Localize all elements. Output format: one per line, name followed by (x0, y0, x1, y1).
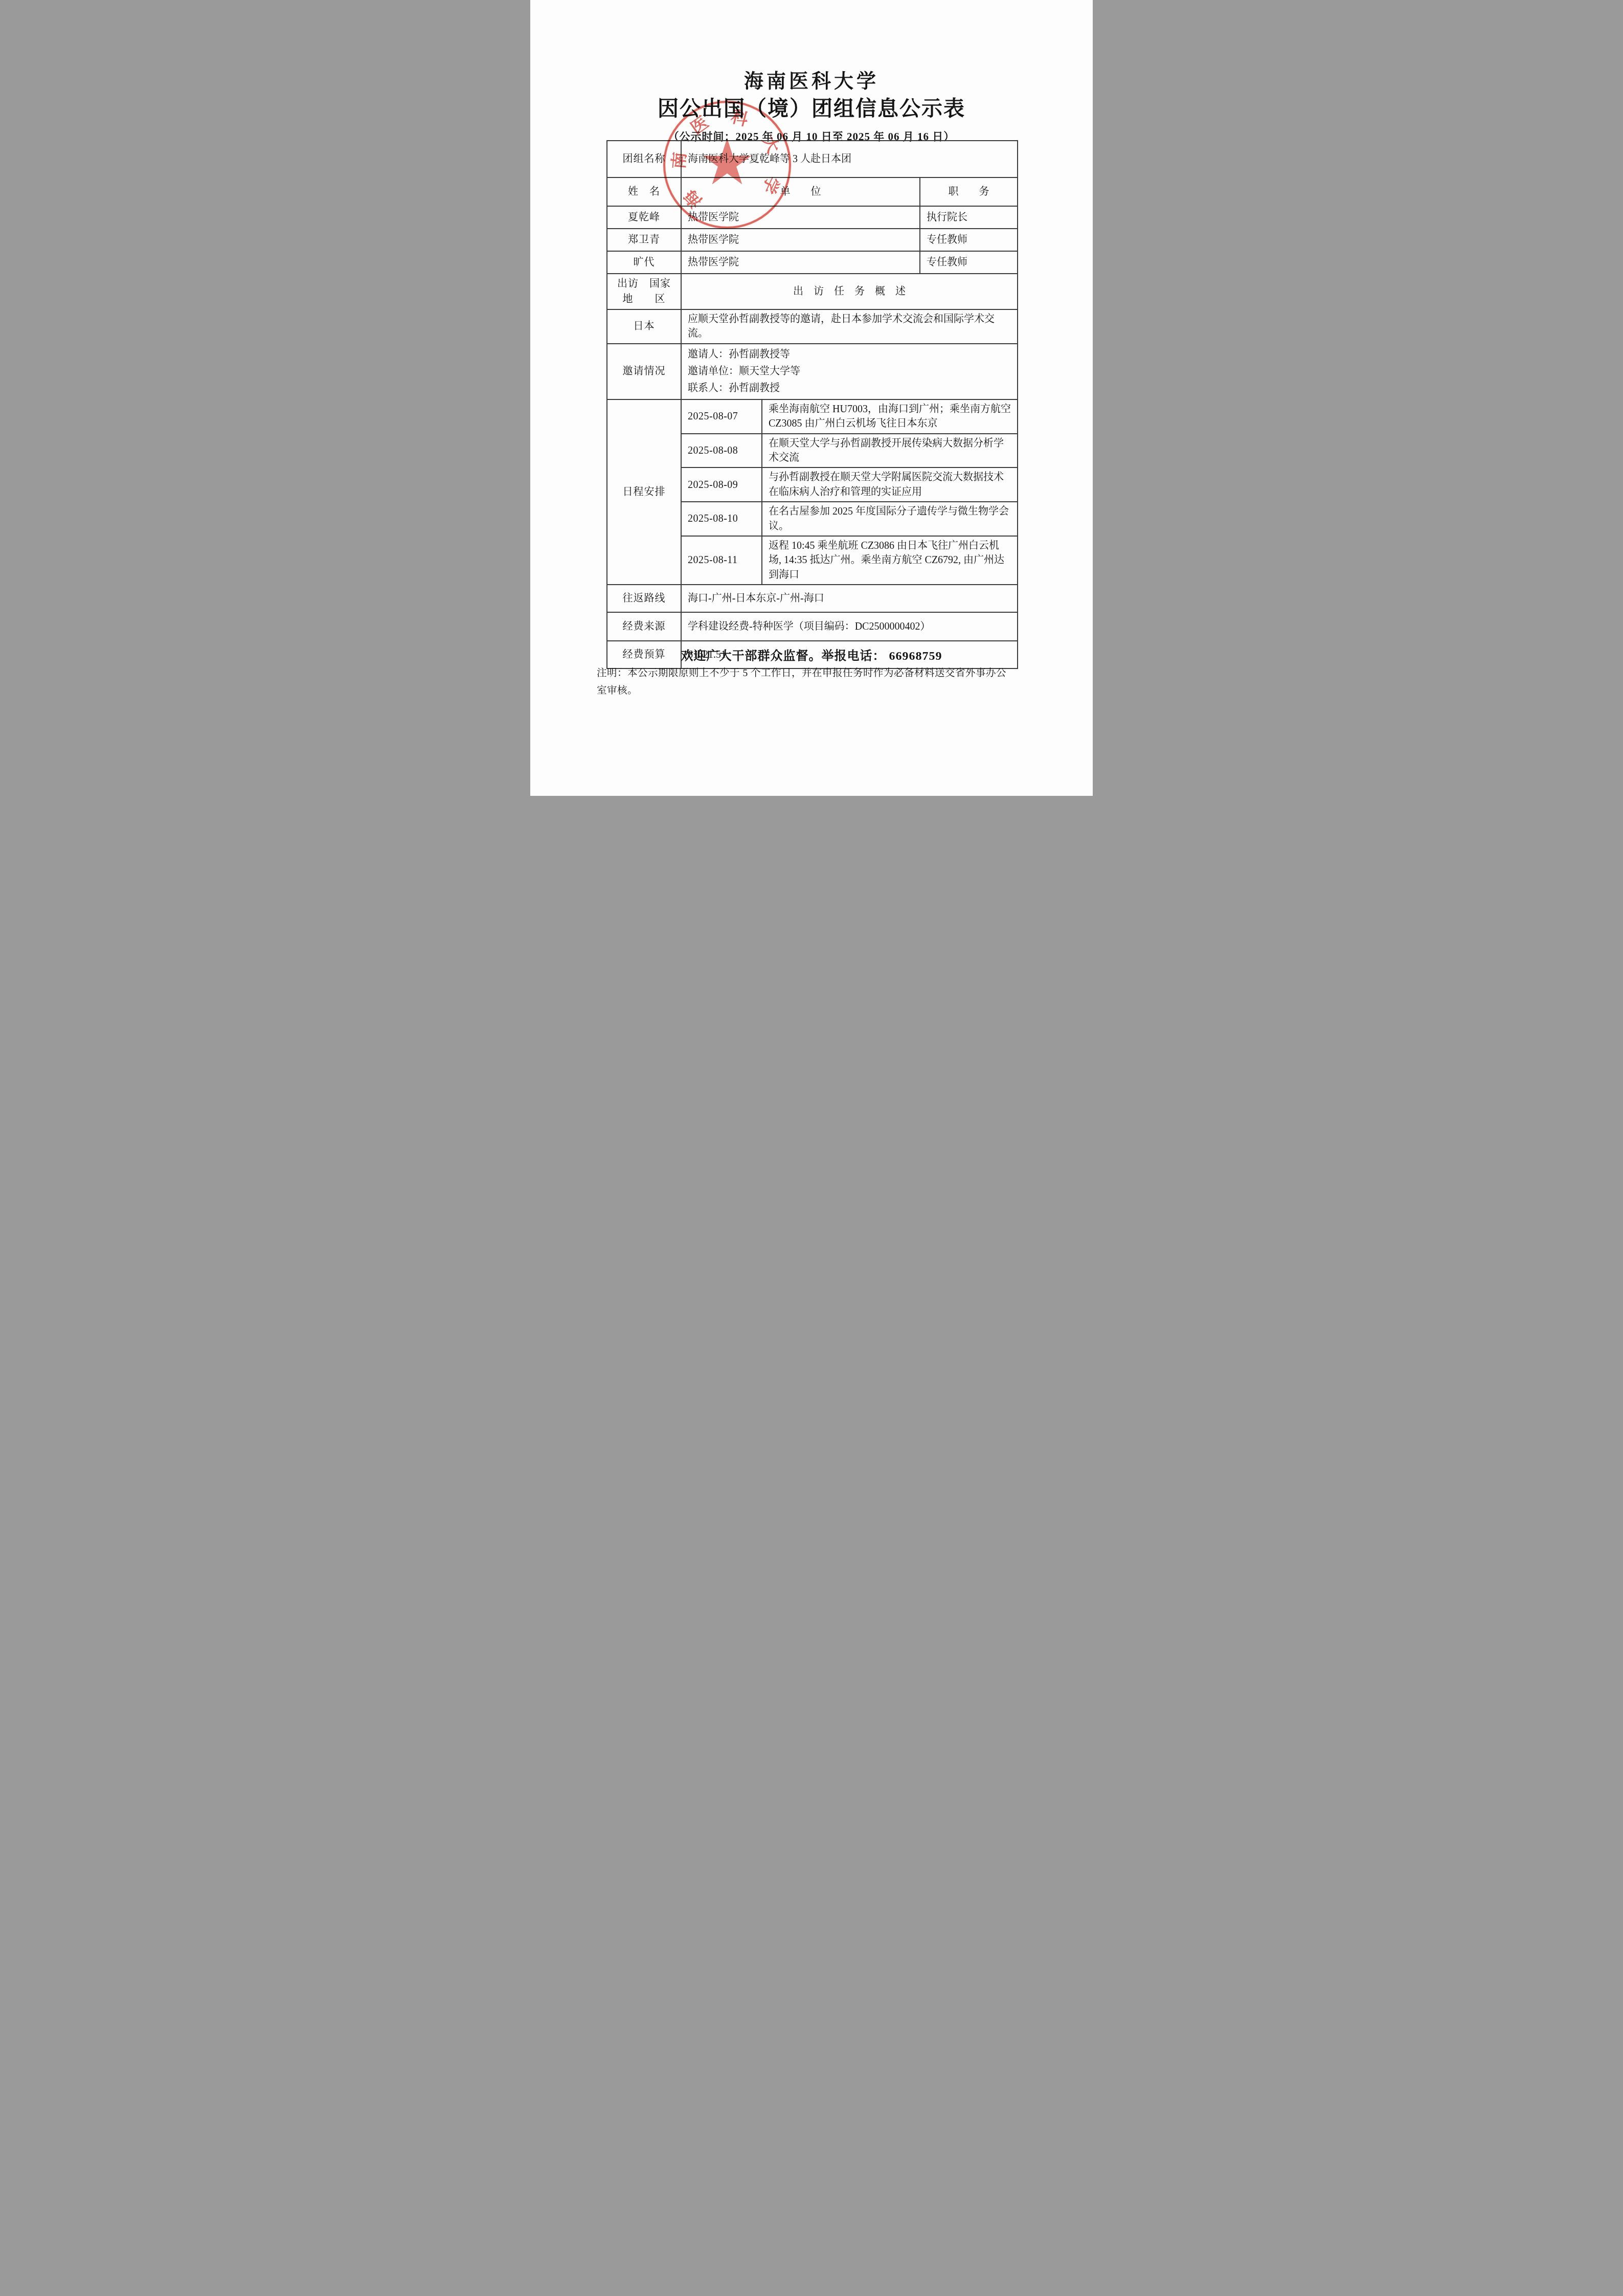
schedule-desc: 乘坐海南航空 HU7003，由海口到广州；乘坐南方航空 CZ3085 由广州白云… (762, 399, 1018, 434)
notice-table: 团组名称 海南医科大学夏乾峰等 3 人赴日本团 姓 名 单 位 职 务 夏乾峰 … (606, 140, 1018, 669)
schedule-desc: 在名古屋参加 2025 年度国际分子遗传学与微生物学会议。 (762, 502, 1018, 536)
schedule-date: 2025-08-10 (681, 502, 762, 536)
schedule-desc: 返程 10:45 乘坐航班 CZ3086 由日本飞往广州白云机场, 14:35 … (762, 536, 1018, 585)
route-value: 海口-广州-日本东京-广州-海口 (681, 585, 1018, 612)
schedule-label: 日程安排 (607, 399, 681, 585)
schedule-date: 2025-08-09 (681, 467, 762, 502)
title-block: 海南医科大学 因公出国（境）团组信息公示表 （公示时间：2025 年 06 月 … (530, 71, 1093, 144)
footnote-line-1: 注明：本公示期限原则上不少于 5 个工作日，并在申报任务时作为必备材料送交省外事… (597, 665, 1029, 682)
table-row: 夏乾峰 热带医学院 执行院长 (607, 206, 1018, 229)
schedule-date: 2025-08-11 (681, 536, 762, 585)
table-row: 经费来源 学科建设经费-特种医学（项目编码：DC2500000402） (607, 612, 1018, 641)
schedule-date: 2025-08-08 (681, 434, 762, 468)
page-title: 海南医科大学 (530, 71, 1093, 93)
header-duty: 职 务 (920, 177, 1018, 206)
table-row: 旷代 热带医学院 专任教师 (607, 251, 1018, 274)
member-duty: 专任教师 (920, 229, 1018, 251)
table-row: 邀请情况 邀请人：孙哲副教授等 邀请单位：顺天堂大学等 联系人：孙哲副教授 (607, 344, 1018, 399)
footnote: 注明：本公示期限原则上不少于 5 个工作日，并在申报任务时作为必备材料送交省外事… (597, 665, 1029, 700)
member-unit: 热带医学院 (681, 251, 920, 274)
fund-source-value: 学科建设经费-特种医学（项目编码：DC2500000402） (681, 612, 1018, 641)
member-unit: 热带医学院 (681, 229, 920, 251)
page-subtitle-title: 因公出国（境）团组信息公示表 (530, 96, 1093, 121)
group-name-label: 团组名称 (607, 141, 681, 177)
schedule-desc: 与孙哲副教授在顺天堂大学附属医院交流大数据技术在临床病人治疗和管理的实证应用 (762, 467, 1018, 502)
header-unit: 单 位 (681, 177, 920, 206)
table-row: 出访 国家 地 区 出 访 任 务 概 述 (607, 274, 1018, 309)
table-header-row: 姓 名 单 位 职 务 (607, 177, 1018, 206)
table-row: 郑卫青 热带医学院 专任教师 (607, 229, 1018, 251)
table-row: 团组名称 海南医科大学夏乾峰等 3 人赴日本团 (607, 141, 1018, 177)
schedule-date: 2025-08-07 (681, 399, 762, 434)
member-duty: 专任教师 (920, 251, 1018, 274)
member-duty: 执行院长 (920, 206, 1018, 229)
group-name-value: 海南医科大学夏乾峰等 3 人赴日本团 (681, 141, 1018, 177)
task-overview-value: 应顺天堂孙哲副教授等的邀请，赴日本参加学术交流会和国际学术交流。 (681, 309, 1018, 344)
table-row: 往返路线 海口-广州-日本东京-广州-海口 (607, 585, 1018, 612)
destination-country: 日本 (607, 309, 681, 344)
inviting-org-line: 邀请单位：顺天堂大学等 (688, 363, 1011, 380)
schedule-row: 日程安排 2025-08-07 乘坐海南航空 HU7003，由海口到广州；乘坐南… (607, 399, 1018, 434)
table-row: 日本 应顺天堂孙哲副教授等的邀请，赴日本参加学术交流会和国际学术交流。 (607, 309, 1018, 344)
contact-line: 联系人：孙哲副教授 (688, 380, 1011, 397)
route-label: 往返路线 (607, 585, 681, 612)
task-overview-header: 出 访 任 务 概 述 (681, 274, 1018, 309)
destination-label: 出访 国家 地 区 (607, 274, 681, 309)
schedule-desc: 在顺天堂大学与孙哲副教授开展传染病大数据分析学术交流 (762, 434, 1018, 468)
inviter-line: 邀请人：孙哲副教授等 (688, 346, 1011, 363)
fund-source-label: 经费来源 (607, 612, 681, 641)
invitation-details: 邀请人：孙哲副教授等 邀请单位：顺天堂大学等 联系人：孙哲副教授 (681, 344, 1018, 399)
header-name: 姓 名 (607, 177, 681, 206)
member-unit: 热带医学院 (681, 206, 920, 229)
member-name: 夏乾峰 (607, 206, 681, 229)
supervision-hotline: 欢迎广大干部群众监督。举报电话： 66968759 (530, 645, 1093, 663)
invitation-label: 邀请情况 (607, 344, 681, 399)
document-page: 海南医科大学 因公出国（境）团组信息公示表 （公示时间：2025 年 06 月 … (530, 0, 1093, 796)
member-name: 旷代 (607, 251, 681, 274)
footnote-line-2: 室审核。 (597, 682, 1029, 700)
member-name: 郑卫青 (607, 229, 681, 251)
